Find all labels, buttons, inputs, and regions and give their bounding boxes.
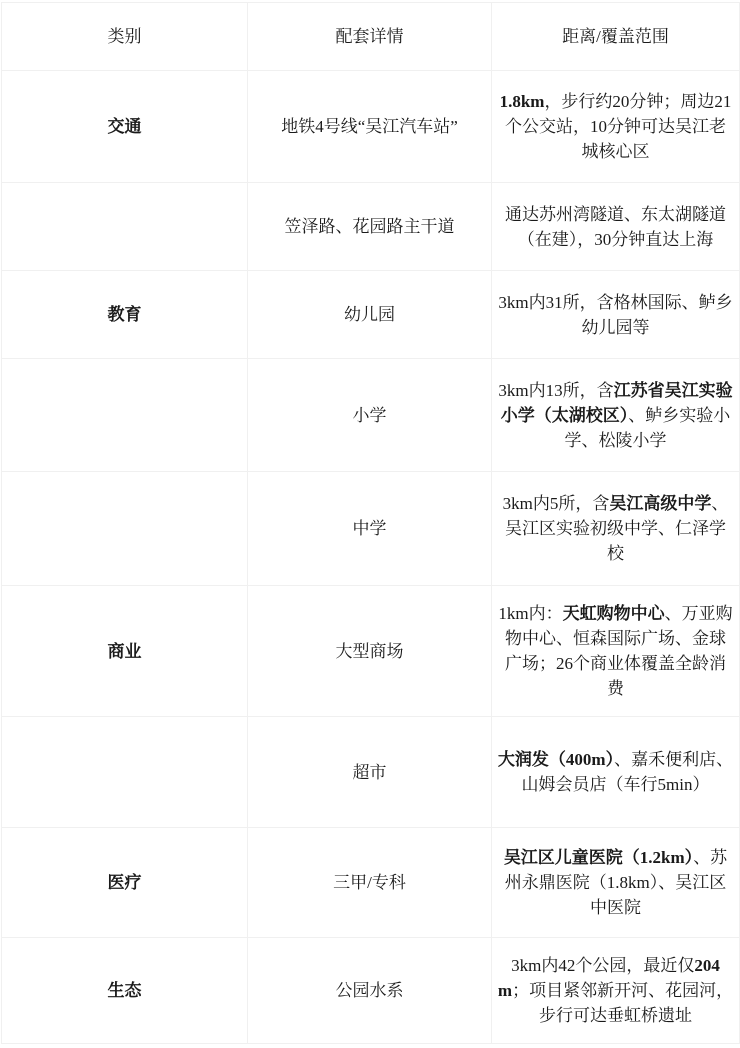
text-segment: 地铁4号线“吴江汽车站”	[281, 117, 458, 136]
table-row: 交通地铁4号线“吴江汽车站”1.8km，步行约20分钟；周边21个公交站，10分…	[2, 71, 740, 183]
cell-info: 3km内5所，含吴江高级中学、吴江区实验初级中学、仁泽学校	[492, 472, 740, 586]
cell-category: 生态	[2, 938, 248, 1044]
text-segment: 三甲/专科	[333, 873, 406, 892]
table-row: 中学3km内5所，含吴江高级中学、吴江区实验初级中学、仁泽学校	[2, 472, 740, 586]
cell-detail: 小学	[248, 359, 492, 472]
table-row: 笠泽路、花园路主干道通达苏州湾隧道、东太湖隧道（在建），30分钟直达上海	[2, 183, 740, 271]
cell-info: 3km内13所，含江苏省吴江实验小学（太湖校区）、鲈乡实验小学、松陵小学	[492, 359, 740, 472]
text-segment: 3km内42个公园，最近仅	[511, 956, 694, 975]
header-row: 类别 配套详情 距离/覆盖范围	[2, 3, 740, 71]
table-body: 交通地铁4号线“吴江汽车站”1.8km，步行约20分钟；周边21个公交站，10分…	[2, 71, 740, 1044]
cell-category: 商业	[2, 586, 248, 717]
table-header: 类别 配套详情 距离/覆盖范围	[2, 3, 740, 71]
cell-detail: 幼儿园	[248, 271, 492, 359]
cell-category: 教育	[2, 271, 248, 359]
text-segment: 幼儿园	[344, 305, 395, 324]
text-segment: 3km内31所，含格林国际、鲈乡幼儿园等	[498, 293, 732, 337]
text-segment: 大润发（400m）	[498, 750, 614, 769]
cell-detail: 大型商场	[248, 586, 492, 717]
text-segment: 交通	[108, 117, 142, 136]
cell-detail: 公园水系	[248, 938, 492, 1044]
cell-detail: 中学	[248, 472, 492, 586]
text-segment: 小学	[353, 406, 387, 425]
text-segment: 医疗	[108, 873, 142, 892]
text-segment: 生态	[108, 981, 142, 1000]
cell-info: 3km内31所，含格林国际、鲈乡幼儿园等	[492, 271, 740, 359]
cell-info: 大润发（400m）、嘉禾便利店、山姆会员店（车行5min）	[492, 717, 740, 828]
text-segment: 通达苏州湾隧道、东太湖隧道（在建），30分钟直达上海	[505, 205, 726, 249]
cell-info: 通达苏州湾隧道、东太湖隧道（在建），30分钟直达上海	[492, 183, 740, 271]
amenities-table: 类别 配套详情 距离/覆盖范围 交通地铁4号线“吴江汽车站”1.8km，步行约2…	[1, 2, 740, 1044]
cell-info: 吴江区儿童医院（1.2km）、苏州永鼎医院（1.8km）、吴江区中医院	[492, 828, 740, 938]
header-detail: 配套详情	[248, 3, 492, 71]
cell-detail: 三甲/专科	[248, 828, 492, 938]
cell-category	[2, 717, 248, 828]
header-category: 类别	[2, 3, 248, 71]
cell-category: 医疗	[2, 828, 248, 938]
cell-detail: 超市	[248, 717, 492, 828]
text-segment: 吴江高级中学	[609, 494, 711, 513]
text-segment: 1km内：	[498, 604, 562, 623]
cell-info: 1km内：天虹购物中心、万亚购物中心、恒森国际广场、金球广场；26个商业体覆盖全…	[492, 586, 740, 717]
table-row: 生态公园水系3km内42个公园，最近仅204m；项目紧邻新开河、花园河，步行可达…	[2, 938, 740, 1044]
table-row: 小学3km内13所，含江苏省吴江实验小学（太湖校区）、鲈乡实验小学、松陵小学	[2, 359, 740, 472]
text-segment: 教育	[108, 305, 142, 324]
cell-detail: 地铁4号线“吴江汽车站”	[248, 71, 492, 183]
text-segment: 3km内13所，含	[498, 381, 613, 400]
table-row: 教育幼儿园3km内31所，含格林国际、鲈乡幼儿园等	[2, 271, 740, 359]
table-row: 商业大型商场1km内：天虹购物中心、万亚购物中心、恒森国际广场、金球广场；26个…	[2, 586, 740, 717]
cell-detail: 笠泽路、花园路主干道	[248, 183, 492, 271]
cell-category	[2, 359, 248, 472]
text-segment: 吴江区儿童医院（1.2km）	[504, 848, 693, 867]
cell-category	[2, 472, 248, 586]
header-info: 距离/覆盖范围	[492, 3, 740, 71]
table-row: 医疗三甲/专科吴江区儿童医院（1.2km）、苏州永鼎医院（1.8km）、吴江区中…	[2, 828, 740, 938]
text-segment: 3km内5所，含	[503, 494, 610, 513]
table-row: 超市大润发（400m）、嘉禾便利店、山姆会员店（车行5min）	[2, 717, 740, 828]
cell-category	[2, 183, 248, 271]
text-segment: 超市	[353, 763, 387, 782]
text-segment: 中学	[353, 519, 387, 538]
text-segment: 1.8km	[500, 92, 545, 111]
text-segment: 笠泽路、花园路主干道	[285, 217, 455, 236]
text-segment: 天虹购物中心	[563, 604, 665, 623]
text-segment: 公园水系	[336, 981, 404, 1000]
cell-category: 交通	[2, 71, 248, 183]
cell-info: 3km内42个公园，最近仅204m；项目紧邻新开河、花园河，步行可达垂虹桥遗址	[492, 938, 740, 1044]
cell-info: 1.8km，步行约20分钟；周边21个公交站，10分钟可达吴江老城核心区	[492, 71, 740, 183]
text-segment: ；项目紧邻新开河、花园河，步行可达垂虹桥遗址	[512, 981, 733, 1025]
text-segment: 商业	[108, 642, 142, 661]
text-segment: 大型商场	[336, 642, 404, 661]
